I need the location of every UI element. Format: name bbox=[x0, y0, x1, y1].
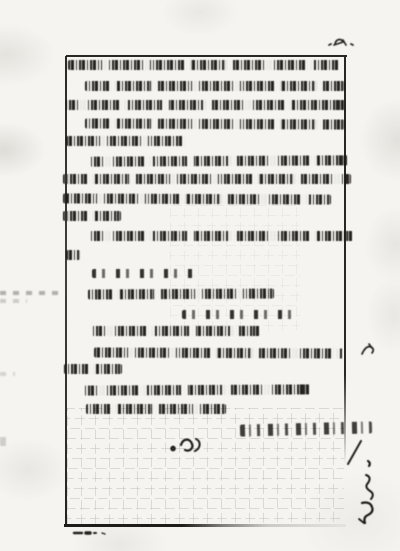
handwriting-line bbox=[86, 404, 226, 414]
handwriting-line bbox=[90, 155, 348, 166]
handwriting-line bbox=[94, 347, 344, 358]
page-number-mark bbox=[326, 36, 356, 49]
handwriting-line bbox=[64, 364, 122, 374]
left-margin-streak bbox=[0, 372, 15, 376]
handwriting-line bbox=[90, 231, 353, 241]
frame-right-border bbox=[344, 56, 346, 464]
scan-page bbox=[0, 0, 400, 551]
margin-annotation-mark bbox=[359, 341, 378, 358]
left-margin-streak bbox=[0, 437, 8, 446]
frame-top-border bbox=[66, 55, 347, 57]
handwriting-line bbox=[65, 100, 345, 110]
handwriting-line bbox=[66, 136, 186, 146]
frame-left-border bbox=[65, 56, 67, 526]
handwriting-line bbox=[92, 326, 260, 336]
left-margin-streak bbox=[0, 291, 62, 295]
vertical-signature-scribble bbox=[353, 457, 380, 527]
handwriting-line bbox=[63, 193, 331, 204]
closing-annotation bbox=[240, 421, 372, 436]
frame-bottom-border bbox=[64, 524, 346, 527]
handwriting-line bbox=[84, 384, 310, 395]
handwriting-line bbox=[88, 289, 274, 300]
handwriting-line bbox=[63, 211, 121, 221]
signature-flourish bbox=[169, 434, 211, 456]
section-divider-line bbox=[182, 310, 294, 319]
handwriting-line bbox=[92, 269, 195, 278]
handwriting-line bbox=[85, 118, 345, 129]
handwriting-line bbox=[63, 174, 351, 184]
bottom-edge-smudge bbox=[72, 529, 112, 537]
handwriting-line bbox=[66, 250, 80, 260]
handwriting-line bbox=[68, 60, 340, 70]
left-margin-streak bbox=[0, 299, 27, 303]
handwriting-line bbox=[85, 81, 345, 91]
